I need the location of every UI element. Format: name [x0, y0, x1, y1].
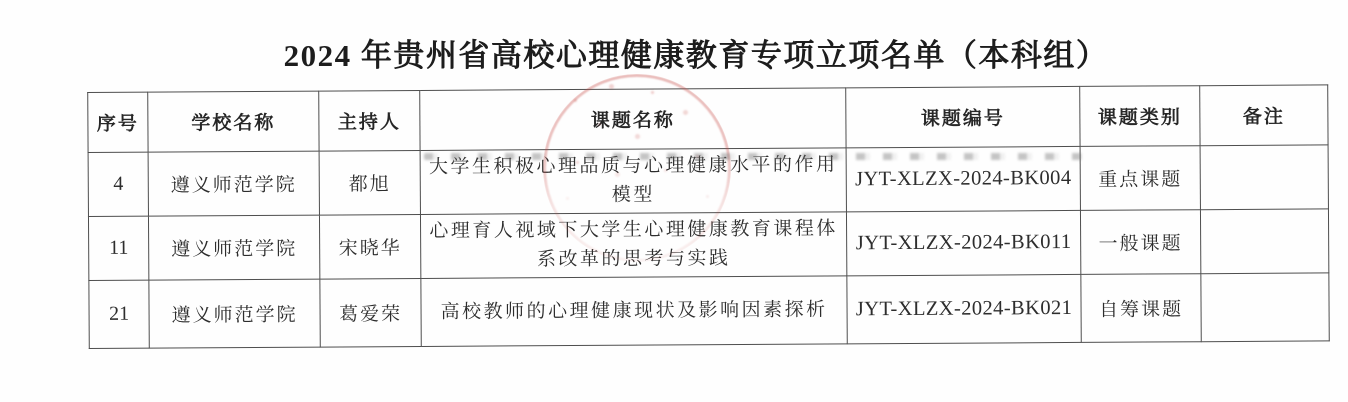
cell-school-name: 遵义师范学院 [148, 215, 319, 280]
stamp-speckles [546, 77, 549, 80]
table-row: 21 遵义师范学院 葛爱荣 高校教师的心理健康现状及影响因素探析 JYT-XLZ… [89, 273, 1329, 349]
cell-school-name: 遵义师范学院 [149, 279, 320, 348]
cell-school-name: 遵义师范学院 [148, 151, 319, 216]
cell-project-code: JYT-XLZX-2024-BK011 [846, 210, 1080, 275]
header-cell-project: 课题名称 [420, 88, 846, 151]
projects-table: 序号 学校名称 主持人 课题名称 课题编号 课题类别 备注 4 遵义师范学院 都… [87, 84, 1330, 348]
cell-project-code: JYT-XLZX-2024-BK004 [846, 146, 1080, 211]
cell-note [1200, 209, 1328, 274]
cell-project-code: JYT-XLZX-2024-BK021 [847, 274, 1081, 343]
scanned-document-page: 2024 年贵州省高校心理健康教育专项立项名单（本科组） 序号 学校名称 主持人… [0, 0, 1348, 402]
cell-serial-number: 21 [89, 280, 149, 348]
cell-project-title: 心理育人视域下大学生心理健康教育课程体系改革的思考与实践 [420, 212, 846, 278]
cell-category: 一般课题 [1080, 210, 1200, 275]
table-row: 11 遵义师范学院 宋晓华 心理育人视域下大学生心理健康教育课程体系改革的思考与… [88, 209, 1328, 280]
header-cell-category: 课题类别 [1080, 86, 1200, 147]
table-header-row: 序号 学校名称 主持人 课题名称 课题编号 课题类别 备注 [88, 85, 1328, 153]
cell-leader-name: 宋晓华 [319, 214, 420, 278]
header-cell-leader: 主持人 [319, 90, 420, 151]
cell-leader-name: 葛爱荣 [320, 278, 421, 347]
cell-note [1200, 145, 1328, 210]
cell-project-title: 大学生积极心理品质与心理健康水平的作用模型 [420, 148, 846, 214]
cell-category: 重点课题 [1080, 146, 1200, 211]
table-row: 4 遵义师范学院 都旭 大学生积极心理品质与心理健康水平的作用模型 JYT-XL… [88, 145, 1328, 216]
header-cell-school: 学校名称 [148, 91, 319, 152]
cell-leader-name: 都旭 [319, 150, 420, 214]
cell-note [1201, 273, 1329, 342]
cell-project-title: 高校教师的心理健康现状及影响因素探析 [421, 276, 847, 347]
cell-serial-number: 4 [88, 152, 148, 216]
cell-category: 自筹课题 [1081, 273, 1201, 342]
document-title: 2024 年贵州省高校心理健康教育专项立项名单（本科组） [0, 30, 1348, 75]
header-cell-code: 课题编号 [846, 86, 1080, 147]
header-cell-note: 备注 [1200, 85, 1328, 146]
cell-serial-number: 11 [88, 216, 148, 280]
projects-table-container: 序号 学校名称 主持人 课题名称 课题编号 课题类别 备注 4 遵义师范学院 都… [87, 84, 1329, 348]
header-cell-no: 序号 [88, 92, 148, 152]
